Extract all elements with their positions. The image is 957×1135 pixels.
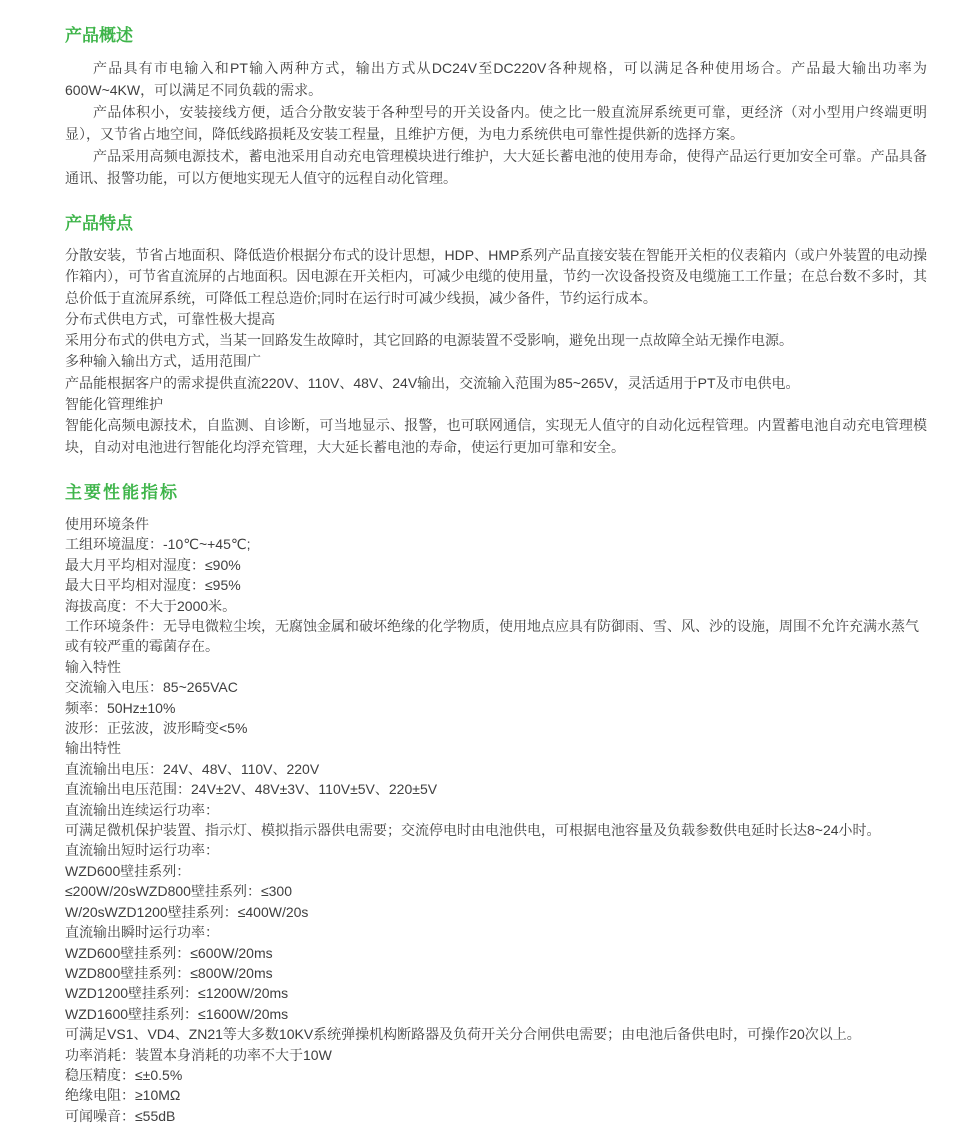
spec-line: 工作环境条件：无导电微粒尘埃，无腐蚀金属和破坏绝缘的化学物质，使用地点应具有防御… (65, 616, 927, 657)
section-heading-specs: 主要性能指标 (65, 483, 927, 503)
spec-line: 频率：50Hz±10% (65, 698, 927, 718)
spec-line: 交流输入电压：85~265VAC (65, 677, 927, 697)
overview-paragraph: 产品体积小，安装接线方便，适合分散安装于各种型号的开关设备内。使之比一般直流屏系… (65, 101, 927, 145)
overview-paragraph: 产品采用高频电源技术，蓄电池采用自动充电管理模块进行维护，大大延长蓄电池的使用寿… (65, 145, 927, 189)
feature-line: 采用分布式的供电方式，当某一回路发生故障时，其它回路的电源装置不受影响，避免出现… (65, 330, 927, 351)
feature-line: 智能化高频电源技术，自监测、自诊断，可当地显示、报警，也可联网通信，实现无人值守… (65, 415, 927, 458)
spec-line: 可满足微机保护装置、指示灯、模拟指示器供电需要；交流停电时由电池供电，可根据电池… (65, 820, 927, 840)
spec-line: 直流输出短时运行功率： (65, 840, 927, 860)
spec-line: 最大月平均相对湿度：≤90% (65, 555, 927, 575)
overview-paragraph: 产品具有市电输入和PT输入两种方式，输出方式从DC24V至DC220V各种规格，… (65, 57, 927, 101)
feature-line: 多种输入输出方式，适用范围广 (65, 351, 927, 372)
spec-line: 海拔高度：不大于2000米。 (65, 596, 927, 616)
spec-lines: 使用环境条件工组环境温度：-10℃~+45℃;最大月平均相对湿度：≤90%最大日… (65, 514, 927, 1126)
feature-line: 分布式供电方式，可靠性极大提高 (65, 309, 927, 330)
section-overview: 产品概述 产品具有市电输入和PT输入两种方式，输出方式从DC24V至DC220V… (65, 26, 927, 189)
spec-line: 可闻噪音：≤55dB (65, 1106, 927, 1126)
document-content: 产品概述 产品具有市电输入和PT输入两种方式，输出方式从DC24V至DC220V… (65, 26, 927, 1126)
spec-line: WZD800壁挂系列：≤800W/20ms (65, 963, 927, 983)
spec-line: 可满足VS1、VD4、ZN21等大多数10KV系统弹操机构断路器及负荷开关分合闸… (65, 1024, 927, 1044)
spec-line: 直流输出电压：24V、48V、110V、220V (65, 759, 927, 779)
feature-line: 产品能根据客户的需求提供直流220V、110V、48V、24V输出，交流输入范围… (65, 373, 927, 394)
spec-line: 使用环境条件 (65, 514, 927, 534)
spec-line: 功率消耗：装置本身消耗的功率不大于10W (65, 1045, 927, 1065)
overview-paragraphs: 产品具有市电输入和PT输入两种方式，输出方式从DC24V至DC220V各种规格，… (65, 57, 927, 189)
spec-line: WZD1200壁挂系列：≤1200W/20ms (65, 983, 927, 1003)
spec-line: 波形：正弦波，波形畸变<5% (65, 718, 927, 738)
section-heading-features: 产品特点 (65, 214, 927, 234)
section-specs: 主要性能指标 使用环境条件工组环境温度：-10℃~+45℃;最大月平均相对湿度：… (65, 483, 927, 1126)
spec-line: WZD1600壁挂系列：≤1600W/20ms (65, 1004, 927, 1024)
section-heading-overview: 产品概述 (65, 26, 927, 46)
spec-line: 绝缘电阻：≥10MΩ (65, 1085, 927, 1105)
feature-lines: 分散安装，节省占地面积、降低造价根据分布式的设计思想，HDP、HMP系列产品直接… (65, 245, 927, 458)
spec-line: WZD600壁挂系列： (65, 861, 927, 881)
spec-line: 直流输出连续运行功率： (65, 800, 927, 820)
spec-line: 最大日平均相对湿度：≤95% (65, 575, 927, 595)
spec-line: 工组环境温度：-10℃~+45℃; (65, 534, 927, 554)
spec-line: ≤200W/20sWZD800壁挂系列：≤300 (65, 881, 927, 901)
spec-line: 直流输出瞬时运行功率： (65, 922, 927, 942)
spec-line: 直流输出电压范围：24V±2V、48V±3V、110V±5V、220±5V (65, 779, 927, 799)
spec-line: 稳压精度：≤±0.5% (65, 1065, 927, 1085)
spec-line: W/20sWZD1200壁挂系列：≤400W/20s (65, 902, 927, 922)
section-features: 产品特点 分散安装，节省占地面积、降低造价根据分布式的设计思想，HDP、HMP系… (65, 214, 927, 458)
document-page: 产品概述 产品具有市电输入和PT输入两种方式，输出方式从DC24V至DC220V… (0, 0, 957, 1126)
feature-line: 分散安装，节省占地面积、降低造价根据分布式的设计思想，HDP、HMP系列产品直接… (65, 245, 927, 309)
spec-line: 输入特性 (65, 657, 927, 677)
spec-line: 输出特性 (65, 738, 927, 758)
feature-line: 智能化管理维护 (65, 394, 927, 415)
spec-line: WZD600壁挂系列：≤600W/20ms (65, 943, 927, 963)
